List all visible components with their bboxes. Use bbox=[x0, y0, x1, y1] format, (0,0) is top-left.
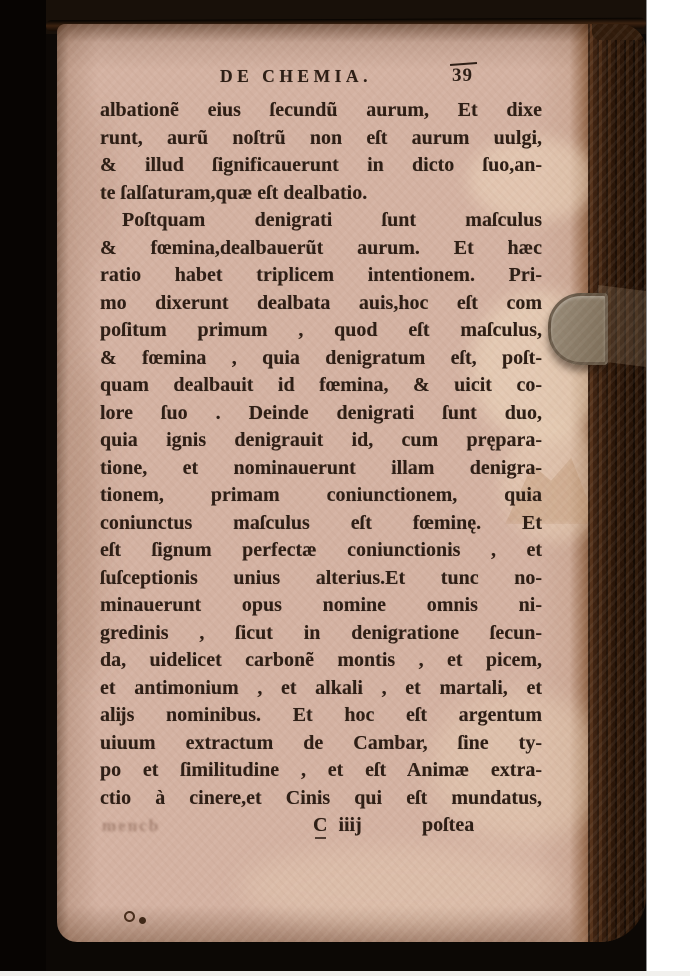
text-line: poſitum primum , quod eſt maſculus, bbox=[100, 317, 542, 345]
text-line: ſuſceptionis unius alterius.Et tunc no- bbox=[100, 565, 542, 593]
text-line: runt, aurũ noſtrũ non eſt aurum uulgi, bbox=[100, 125, 542, 153]
catchword: poſtea bbox=[422, 812, 474, 840]
text-line: Poſtquam denigrati ſunt maſculus bbox=[100, 207, 542, 235]
text-line: mo dixerunt dealbata auis,hoc eſt com bbox=[100, 290, 542, 318]
text-line: ratio habet triplicem intentionem. Pri- bbox=[100, 262, 542, 290]
ink-speck bbox=[139, 917, 146, 924]
signature-row: C iiij poſtea bbox=[100, 812, 542, 840]
text-line: gredinis , ſicut in denigratione ſecun- bbox=[100, 620, 542, 648]
text-line: alĳs nominibus. Et hoc eſt argentum bbox=[100, 702, 542, 730]
text-line: eſt ſignum perfectæ coniunctionis , et bbox=[100, 537, 542, 565]
scan-margin-right bbox=[646, 0, 690, 976]
text-line: minauerunt opus nomine omnis ni- bbox=[100, 592, 542, 620]
text-line: tionem, primam coniunctionem, quia bbox=[100, 482, 542, 510]
text-line: coniunctus maſculus eſt fœminę. Et bbox=[100, 510, 542, 538]
text-line: et antimonium , et alkali , et martali, … bbox=[100, 675, 542, 703]
backdrop-left bbox=[0, 0, 46, 976]
text-line: lore ſuo . Deinde denigrati ſunt duo, bbox=[100, 400, 542, 428]
running-head: DE CHEMIA. 39 bbox=[100, 64, 542, 97]
text-line: po et ſimilitudine , et eſt Animæ extra- bbox=[100, 757, 542, 785]
printed-text-block: DE CHEMIA. 39 albationẽ eius ſecundũ aur… bbox=[100, 64, 542, 97]
page-number: 39 bbox=[452, 65, 473, 87]
ink-speck bbox=[124, 911, 135, 922]
scan-margin-bottom bbox=[0, 971, 690, 976]
signature-underline bbox=[315, 837, 326, 839]
book-scan-photo: DE CHEMIA. 39 albationẽ eius ſecundũ aur… bbox=[0, 0, 690, 976]
text-line: albationẽ eius ſecundũ aurum, Et dixe bbox=[100, 97, 542, 125]
page-title: DE CHEMIA. bbox=[220, 66, 372, 87]
text-line: tione, et nominauerunt illam denigra- bbox=[100, 455, 542, 483]
text-line: te ſalſaturam,quæ eſt dealbatio. bbox=[100, 180, 542, 208]
text-line: uiuum extractum de Cambar, ſine ty- bbox=[100, 730, 542, 758]
text-line: ctio à cinere,et Cinis qui eſt mundatus, bbox=[100, 785, 542, 813]
text-line: & fœmina , quia denigratum eſt, poſt- bbox=[100, 345, 542, 373]
text-line: da, uidelicet carbonẽ montis , et picem, bbox=[100, 647, 542, 675]
text-line: & fœmina,dealbauerũt aurum. Et hæc bbox=[100, 235, 542, 263]
text-line: quia ignis denigrauit id, cum prępara- bbox=[100, 427, 542, 455]
text-line: quam dealbauit id fœmina, & uicit co- bbox=[100, 372, 542, 400]
text-line: & illud ſignificauerunt in dicto ſuo,an- bbox=[100, 152, 542, 180]
signature-mark: C iiij bbox=[313, 812, 362, 840]
body-text: albationẽ eius ſecundũ aurum, Et dixe ru… bbox=[100, 97, 542, 840]
